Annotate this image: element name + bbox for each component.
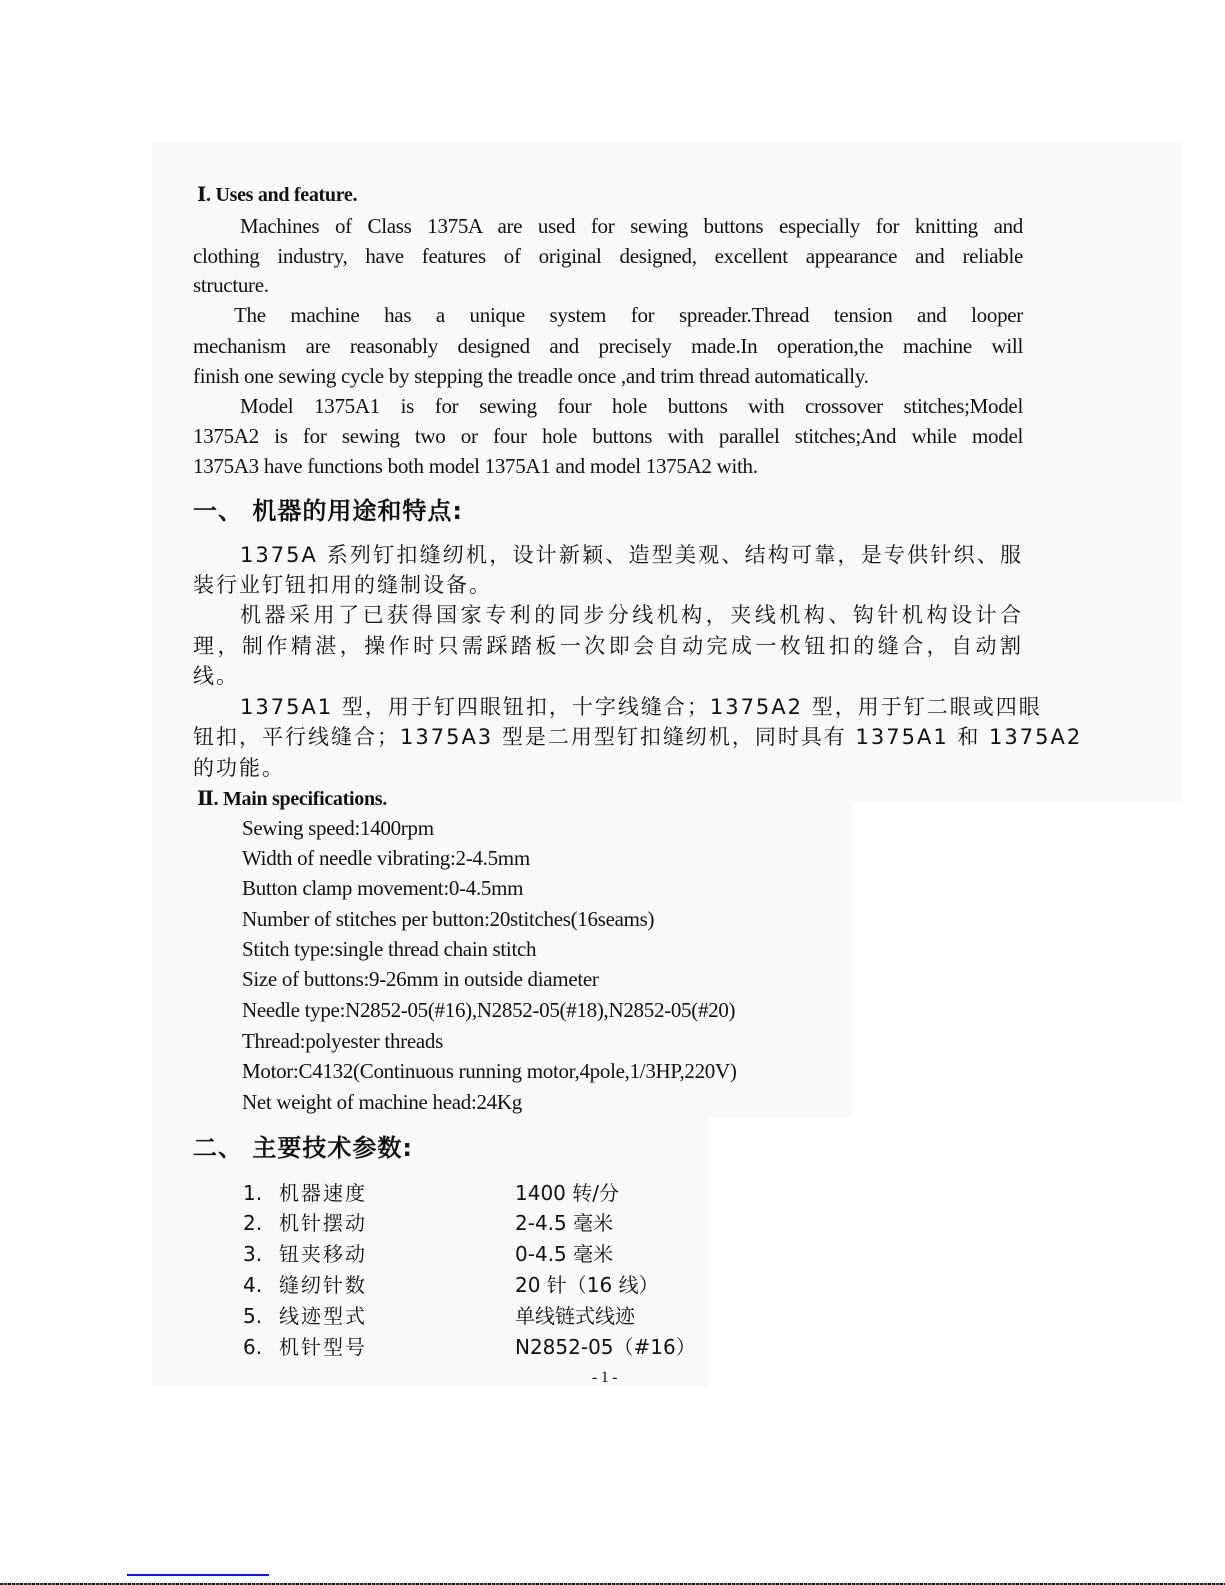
paragraph-line: clothing industry, have features of orig…: [193, 241, 1023, 271]
paragraph-line-zh: 机器采用了已获得国家专利的同步分线机构，夹线机构、钩针机构设计合: [240, 600, 1023, 630]
paragraph-line-zh: 1375A1 型，用于钉四眼钮扣，十字线缝合；1375A2 型，用于钉二眼或四眼: [240, 692, 1023, 722]
spec-row-zh: 1. 机器速度 1400 转/分: [243, 1178, 713, 1208]
spec-row-label: 线迹型式: [279, 1301, 367, 1331]
spec-item: Size of buttons:9-26mm in outside diamet…: [242, 964, 599, 994]
spec-item: Thread:polyester threads: [242, 1026, 443, 1056]
paragraph-line-zh: 钮扣，平行线缝合；1375A3 型是二用型钉扣缝纫机，同时具有 1375A1 和…: [193, 722, 1023, 752]
spec-item: Sewing speed:1400rpm: [242, 813, 434, 843]
spec-row-label: 缝纫针数: [279, 1270, 367, 1300]
paragraph-line: The machine has a unique system for spre…: [234, 300, 1023, 330]
spec-row-value: 2-4.5 毫米: [515, 1208, 613, 1238]
spec-row-value: 单线链式线迹: [515, 1301, 635, 1331]
spec-row-zh: 2. 机针摆动 2-4.5 毫米: [243, 1208, 713, 1238]
paragraph-line-zh: 线。: [193, 661, 1023, 691]
paragraph-line: mechanism are reasonably designed and pr…: [193, 331, 1023, 361]
spec-row-label: 钮夹移动: [279, 1239, 367, 1269]
spec-item: Needle type:N2852-05(#16),N2852-05(#18),…: [242, 995, 735, 1025]
spec-row-value: 0-4.5 毫米: [515, 1239, 613, 1269]
paragraph-line-zh: 装行业钉钮扣用的缝制设备。: [193, 570, 1023, 600]
spec-row-zh: 6. 机针型号 N2852-05（#16）: [243, 1332, 713, 1362]
paragraph-line: 1375A2 is for sewing two or four hole bu…: [193, 421, 1023, 451]
section-heading-zh-specs: 二、 主要技术参数:: [193, 1133, 413, 1163]
paragraph-line: structure.: [193, 270, 1023, 300]
spec-row-value: 1400 转/分: [515, 1178, 619, 1208]
spec-item: Net weight of machine head:24Kg: [242, 1087, 522, 1117]
paragraph-line: Model 1375A1 is for sewing four hole but…: [240, 391, 1023, 421]
spec-row-zh: 3. 钮夹移动 0-4.5 毫米: [243, 1239, 713, 1269]
paragraph-line: 1375A3 have functions both model 1375A1 …: [193, 451, 1023, 481]
spec-row-number: 1.: [243, 1178, 262, 1208]
section-heading-zh-uses: 一、 机器的用途和特点:: [193, 496, 463, 526]
spec-row-value: 20 针（16 线）: [515, 1270, 659, 1300]
spec-row-number: 4.: [243, 1270, 262, 1300]
spec-item: Motor:C4132(Continuous running motor,4po…: [242, 1056, 737, 1086]
spec-row-label: 机针摆动: [279, 1208, 367, 1238]
document-page: Ⅰ. Uses and feature. Machines of Class 1…: [0, 0, 1225, 1585]
section-heading-uses-and-feature: Ⅰ. Uses and feature.: [197, 180, 357, 210]
spec-row-number: 5.: [243, 1301, 262, 1331]
paragraph-line: Machines of Class 1375A are used for sew…: [240, 211, 1023, 241]
spec-row-number: 3.: [243, 1239, 262, 1269]
spec-item: Number of stitches per button:20stitches…: [242, 904, 654, 934]
footer-link-underline: [127, 1574, 269, 1576]
spec-row-zh: 4. 缝纫针数 20 针（16 线）: [243, 1270, 713, 1300]
spec-row-zh: 5. 线迹型式 单线链式线迹: [243, 1301, 713, 1331]
paragraph-line: finish one sewing cycle by stepping the …: [193, 361, 1023, 391]
spec-row-number: 2.: [243, 1208, 262, 1238]
spec-row-value: N2852-05（#16）: [515, 1332, 696, 1362]
spec-row-label: 机针型号: [279, 1332, 367, 1362]
page-number: - 1 -: [592, 1366, 617, 1390]
spec-item: Button clamp movement:0-4.5mm: [242, 873, 523, 903]
spec-row-number: 6.: [243, 1332, 262, 1362]
spec-item: Stitch type:single thread chain stitch: [242, 934, 536, 964]
paragraph-line-zh: 理，制作精湛，操作时只需踩踏板一次即会自动完成一枚钮扣的缝合，自动割: [193, 631, 1023, 661]
spec-row-label: 机器速度: [279, 1178, 367, 1208]
spec-item: Width of needle vibrating:2-4.5mm: [242, 843, 530, 873]
paragraph-line-zh: 1375A 系列钉扣缝纫机，设计新颖、造型美观、结构可靠，是专供针织、服: [240, 540, 1023, 570]
paragraph-line-zh: 的功能。: [193, 753, 1023, 783]
section-heading-main-specifications: Ⅱ. Main specifications.: [197, 784, 387, 814]
